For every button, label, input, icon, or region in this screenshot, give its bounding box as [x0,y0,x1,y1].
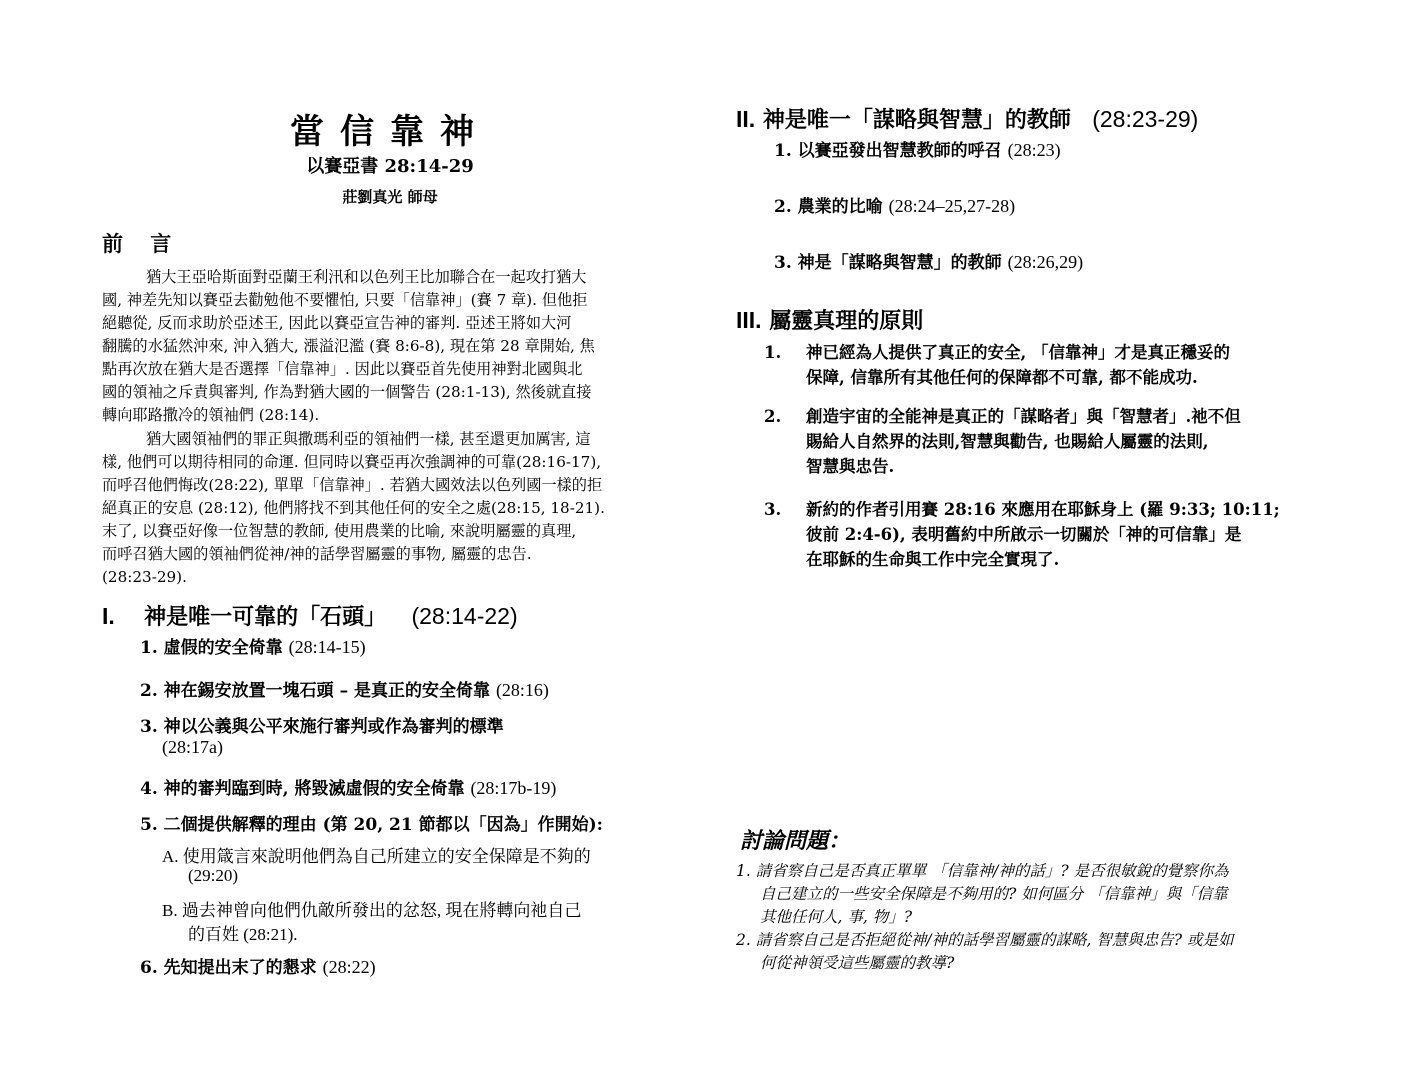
text-line: 賜給人自然界的法則,智慧與勸告, 也賜給人屬靈的法則, [806,432,1208,451]
outline-item: 3. 神是「謀略與智慧」的教師 (28:26,29) [774,248,1083,273]
text-line: 2. 請省察自己是否拒絕從神/神的話學習屬靈的謀略, 智慧與忠告? 或是如 [736,931,1234,949]
item-number: 2. [764,404,806,429]
text-line: (28:23-29). [102,566,674,589]
item-label: 3. 神以公義與公平來施行審判或作為審判的標準 [140,717,504,737]
item-ref: (28:17b-19) [470,778,556,798]
principle-item-3: 3.新約的作者引用賽 28:16 來應用在耶穌身上 (羅 9:33; 10:11… [764,497,1280,572]
section-ref: (28:14-22) [411,603,517,629]
text-line: 何從神領受這些屬靈的教導? [736,954,954,972]
text-line: 翻騰的水猛然沖來, 沖入猶大, 漲溢氾濫 (賽 8:6-8), 現在第 28 章… [102,335,674,358]
scripture-reference: 以賽亞書 28:14-29 [290,152,490,178]
sub-item-a-continuation: (29:20) [188,866,238,886]
text-line: 神已經為人提供了真正的安全, 「信靠神」才是真正穩妥的 [806,343,1230,362]
text-line: 而呼召猶大國的領袖們從神/神的話學習屬靈的事物, 屬靈的忠告. [102,543,674,566]
discussion-heading: 討論問題： [740,824,850,855]
discussion-question-1: 1. 請省察自己是否真正單單 「信靠神/神的話」? 是否很敏銳的覺察你為 自己建… [736,860,1229,929]
text-line: 彼前 2:4-6), 表明舊約中所啟示一切關於「神的可信靠」是 [806,525,1241,544]
outline-item: 4. 神的審判臨到時, 將毀滅虛假的安全倚靠 (28:17b-19) [140,774,556,799]
outline-item: 3. 神以公義與公平來施行審判或作為審判的標準 [140,712,504,737]
item-label: 3. 神是「謀略與智慧」的教師 [774,253,1002,273]
text-line: 而呼召他們悔改(28:22), 單單「信靠神」. 若猶大國效法以色列國一樣的拒 [102,474,674,497]
principle-item-1: 1.神已經為人提供了真正的安全, 「信靠神」才是真正穩妥的 保障, 信靠所有其他… [764,340,1230,390]
text-line: 自己建立的一些安全保障是不夠用的? 如何區分 「信靠神」與「信靠 [736,885,1228,903]
item-label: 2. 神在錫安放置一塊石頭 – 是真正的安全倚靠 [140,681,490,701]
item-number: 3. [764,497,806,522]
outline-item: 2. 農業的比喻 (28:24–25,27-28) [774,192,1015,217]
text-line: 絕真正的安息 (28:12), 他們將找不到其他任何的安全之處(28:15, 1… [102,497,674,520]
preface-heading: 前 言 [102,228,181,258]
section-ref: (28:23-29) [1092,106,1198,132]
principle-item-2: 2.創造宇宙的全能神是真正的「謀略者」與「智慧者」.祂不但 賜給人自然界的法則,… [764,404,1241,479]
text-line: 在耶穌的生命與工作中完全實現了. [806,550,1059,569]
item-ref: (28:24–25,27-28) [889,196,1015,216]
item-ref: (28:26,29) [1008,252,1084,272]
outline-item: 2. 神在錫安放置一塊石頭 – 是真正的安全倚靠 (28:16) [140,676,549,701]
item-label: 4. 神的審判臨到時, 將毀滅虛假的安全倚靠 [140,779,465,799]
text-line: 國的領袖之斥責與審判, 作為對猶大國的一個警告 (28:1-13), 然後就直接 [102,381,674,404]
text-line: 絕聽從, 反而求助於亞述王, 因此以賽亞宣告神的審判. 亞述王將如大河 [102,312,674,335]
item-label: 1. 虛假的安全倚靠 [140,638,283,658]
section-title: 神是唯一「謀略與智慧」的教師 [763,107,1071,133]
item-ref: (28:16) [496,680,549,700]
text-line: 猶大王亞哈斯面對亞蘭王利汛和以色列王比加聯合在一起攻打猶大 [102,266,674,289]
item-label: 5. 二個提供解釋的理由 (第 20, 21 節都以「因為」作開始): [140,815,603,835]
sub-item-b: B. 過去神曾向他們仇敵所發出的忿怒, 現在將轉向祂自己 [162,896,581,921]
section-3-heading: III. 屬靈真理的原則 [736,304,923,335]
section-1-heading: I. 神是唯一可靠的「石頭」 (28:14-22) [102,600,518,631]
item-ref: (28:22) [323,957,376,977]
section-numeral: II. [736,106,755,132]
section-numeral: III. [736,307,762,333]
outline-item-continuation: (28:17a) [162,737,223,758]
text-line: 轉向耶路撒冷的領袖們 (28:14). [102,404,674,427]
discussion-question-2: 2. 請省察自己是否拒絕從神/神的話學習屬靈的謀略, 智慧與忠告? 或是如 何從… [736,929,1234,975]
text-line: 猶大國領袖們的罪正與撒瑪利亞的領袖們一樣, 甚至還更加厲害, 這 [102,428,674,451]
outline-item: 5. 二個提供解釋的理由 (第 20, 21 節都以「因為」作開始): [140,810,603,835]
author-name: 莊劉真光 師母 [290,186,490,207]
item-label: 1. 以賽亞發出智慧教師的呼召 [774,141,1002,161]
document-title: 當信靠神 [290,104,490,153]
text-line: 末了, 以賽亞好像一位智慧的教師, 使用農業的比喻, 來說明屬靈的真理, [102,520,674,543]
text-line: 保障, 信靠所有其他任何的保障都不可靠, 都不能成功. [806,368,1198,387]
item-label: 2. 農業的比喻 [774,197,883,217]
text-line: 創造宇宙的全能神是真正的「謀略者」與「智慧者」.祂不但 [806,407,1241,426]
section-title: 神是唯一可靠的「石頭」 [144,604,386,630]
item-ref: (28:14-15) [289,637,366,657]
text-line: 樣, 他們可以期待相同的命運. 但同時以賽亞再次強調神的可靠(28:16-17)… [102,451,674,474]
text-line: 其他任何人, 事, 物」? [736,908,912,926]
outline-item: 1. 虛假的安全倚靠 (28:14-15) [140,633,366,658]
text-line: 1. 請省察自己是否真正單單 「信靠神/神的話」? 是否很敏銳的覺察你為 [736,862,1229,880]
section-numeral: I. [102,603,115,629]
text-line: 新約的作者引用賽 28:16 來應用在耶穌身上 (羅 9:33; 10:11; [806,500,1280,519]
section-title: 屬靈真理的原則 [769,308,923,334]
item-ref: (28:23) [1008,140,1061,160]
item-ref: (28:17a) [162,737,223,757]
preface-paragraph-2: 猶大國領袖們的罪正與撒瑪利亞的領袖們一樣, 甚至還更加厲害, 這 樣, 他們可以… [102,428,674,589]
preface-paragraph-1: 猶大王亞哈斯面對亞蘭王利汛和以色列王比加聯合在一起攻打猶大 國, 神差先知以賽亞… [102,266,674,427]
text-line: 點再次放在猶大是否選擇「信靠神」. 因此以賽亞首先使用神對北國與北 [102,358,674,381]
sub-item-a: A. 使用箴言來說明他們為自己所建立的安全保障是不夠的 [162,842,591,867]
sub-item-b-continuation: 的百姓 (28:21). [188,920,298,945]
text-line: 智慧與忠告. [806,457,894,476]
text-line: 國, 神差先知以賽亞去勸勉他不要懼怕, 只要「信靠神」(賽 7 章). 但他拒 [102,289,674,312]
section-2-heading: II. 神是唯一「謀略與智慧」的教師 (28:23-29) [736,103,1198,134]
item-number: 1. [764,340,806,365]
item-label: 6. 先知提出末了的懇求 [140,958,317,978]
outline-item: 6. 先知提出末了的懇求 (28:22) [140,953,376,978]
outline-item: 1. 以賽亞發出智慧教師的呼召 (28:23) [774,136,1061,161]
